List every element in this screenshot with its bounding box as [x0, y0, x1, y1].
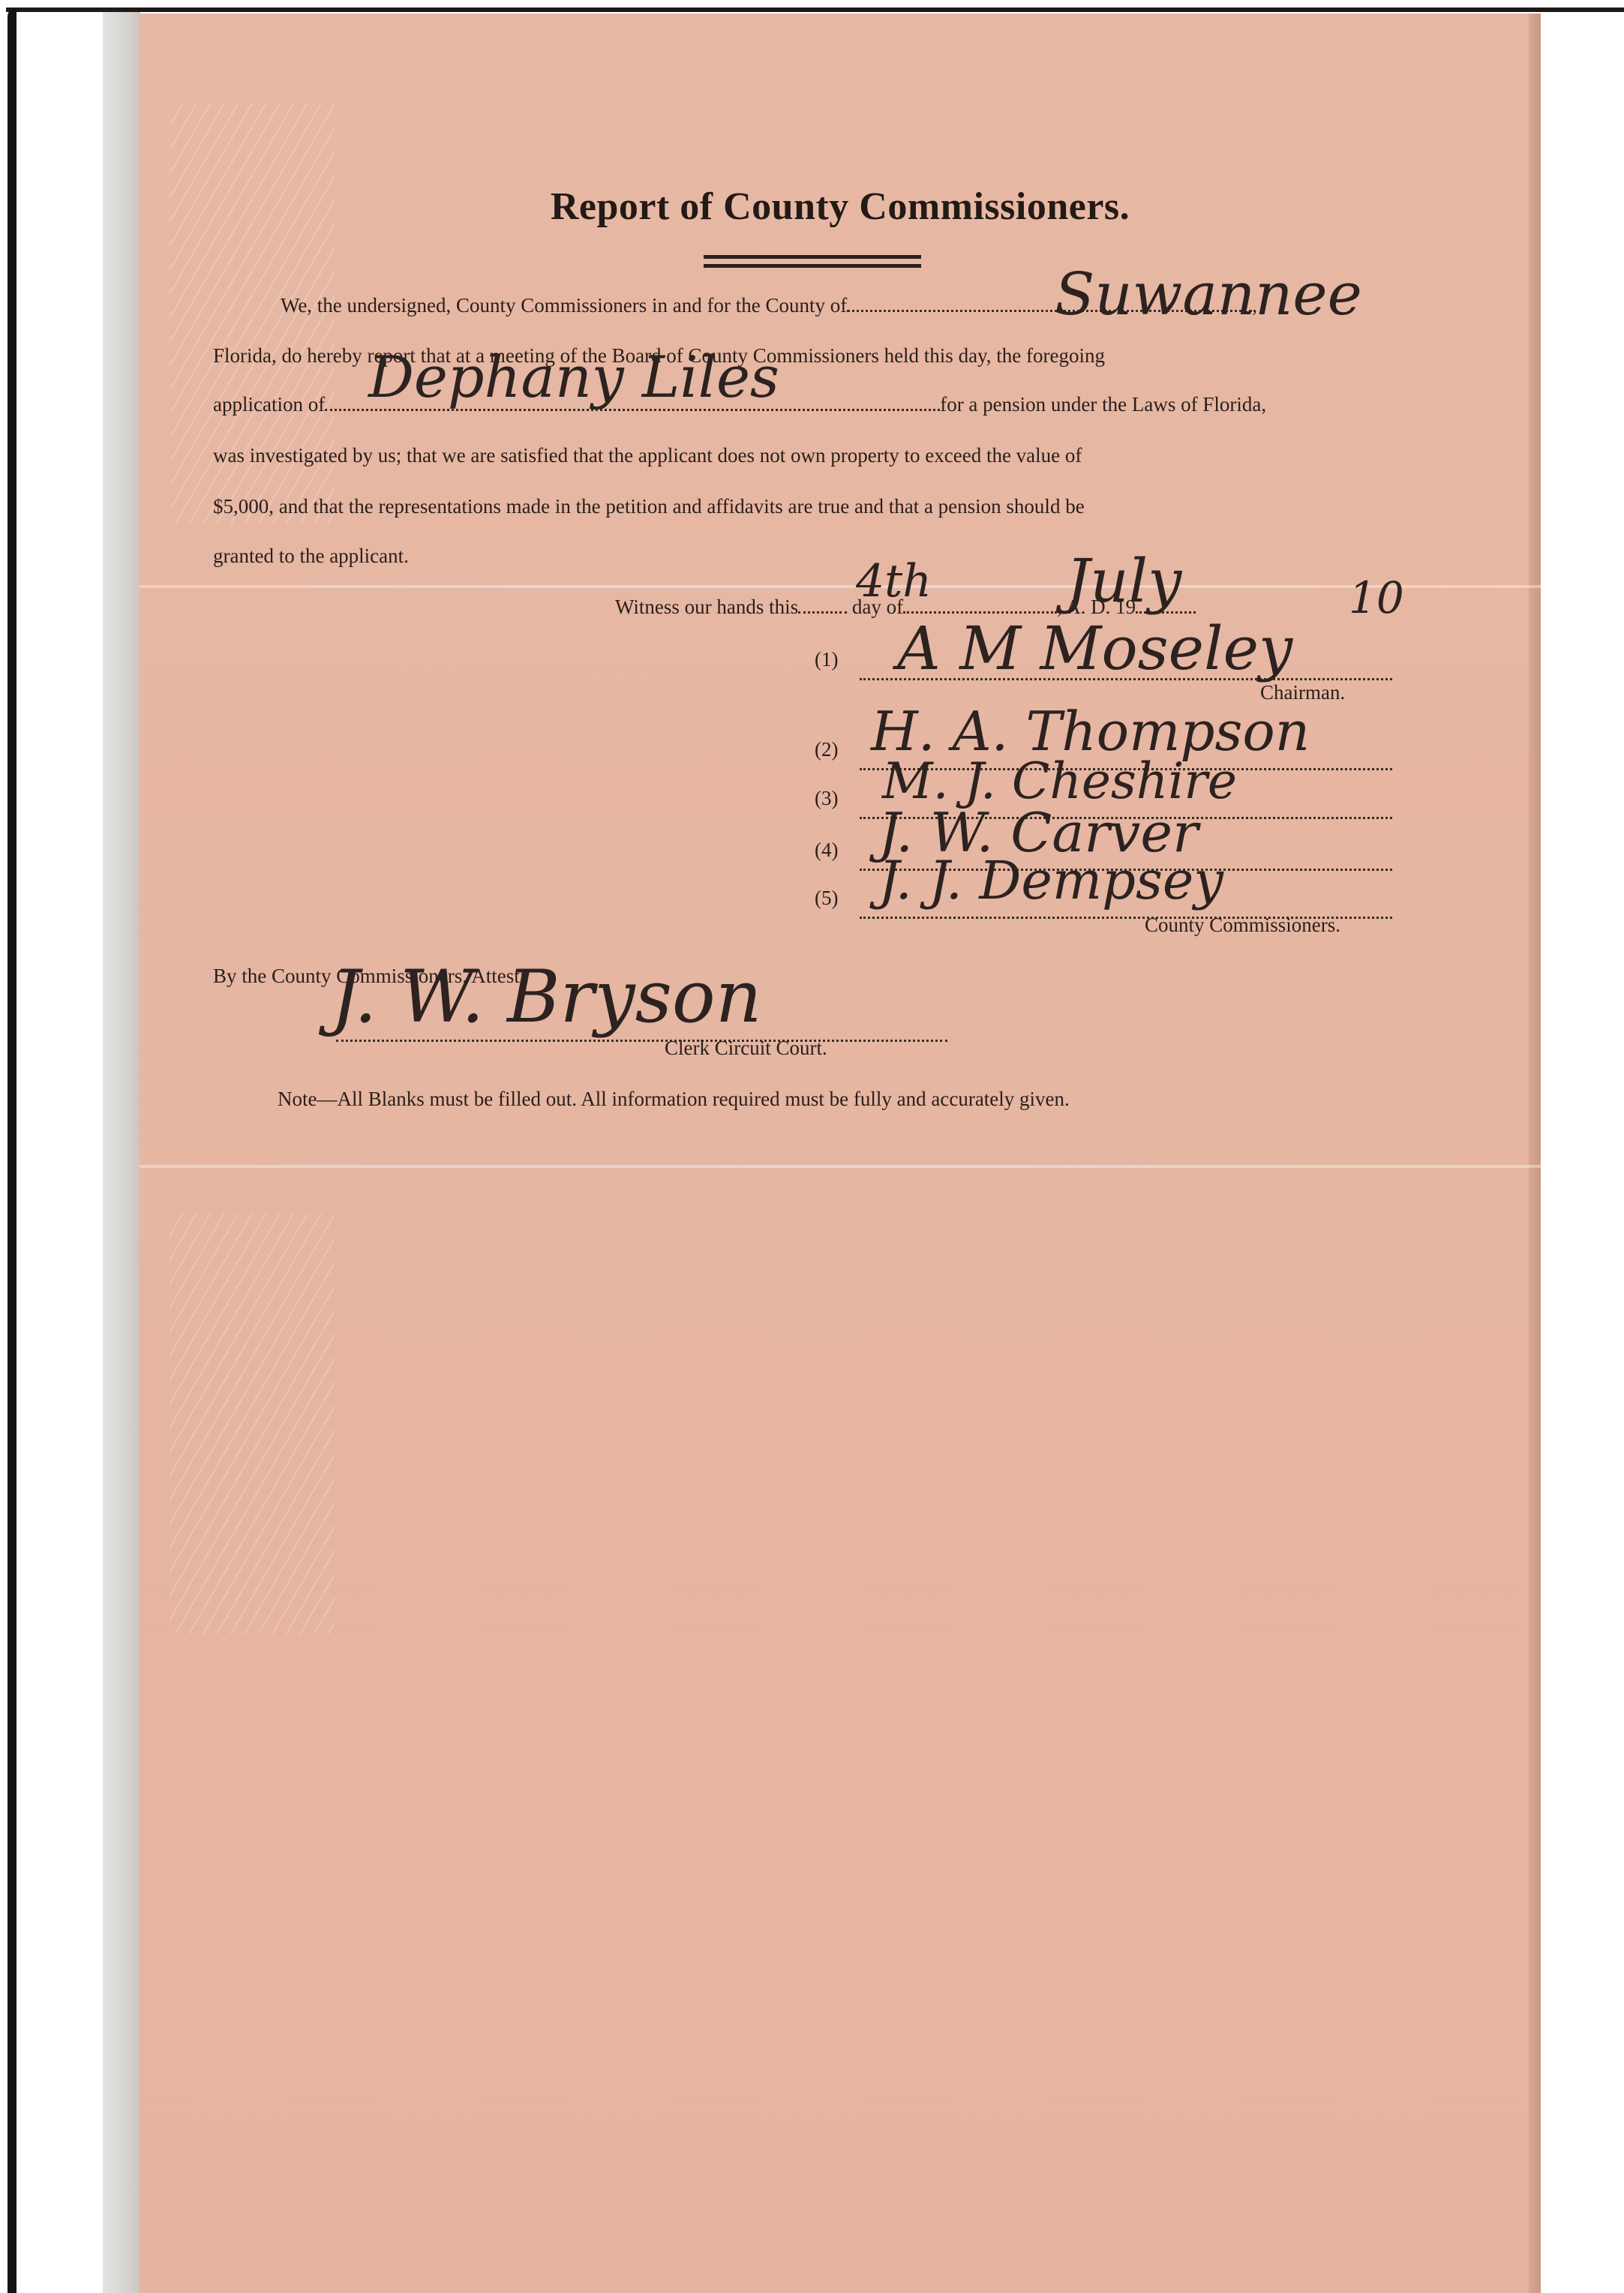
applicant-handwritten: Dephany Liles — [368, 344, 779, 410]
fold-line — [140, 1165, 1541, 1168]
day-blank — [798, 611, 847, 614]
signature-number: (5) — [815, 887, 838, 910]
county-commissioners-label: County Commissioners. — [1145, 914, 1340, 937]
paragraph-line-6: granted to the applicant. — [213, 545, 1413, 568]
paragraph-line-5: $5,000, and that the representations mad… — [213, 495, 1413, 518]
title-rule — [704, 264, 921, 268]
month-handwritten: July — [1066, 546, 1181, 616]
document-title: Report of County Commissioners. — [140, 185, 1541, 229]
note: Note—All Blanks must be filled out. All … — [278, 1088, 1070, 1111]
scan-frame-top — [6, 8, 1624, 12]
clerk-signature: J. W. Bryson — [331, 955, 762, 1039]
fold-line — [140, 585, 1541, 588]
sleeve-glare — [170, 1214, 335, 1634]
document-page: Report of County Commissioners. We, the … — [140, 14, 1541, 2293]
year-handwritten: 10 — [1349, 572, 1404, 623]
title-rule — [704, 255, 921, 259]
paragraph-line-4: was investigated by us; that we are sati… — [213, 444, 1413, 467]
clerk-signature-line — [336, 1040, 947, 1042]
county-handwritten: Suwannee — [1055, 261, 1362, 329]
plastic-sleeve-edge — [103, 12, 140, 2293]
signature-commissioner-5: J. J. Dempsey — [878, 850, 1223, 911]
signature-number: (2) — [815, 738, 838, 761]
clerk-title: Clerk Circuit Court. — [665, 1037, 827, 1060]
signature-chairman: A M Moseley — [897, 614, 1292, 683]
signature-number: (3) — [815, 787, 838, 810]
scan-frame-left — [8, 8, 17, 2293]
paper-edge — [1529, 14, 1541, 2293]
signature-number: (1) — [815, 648, 838, 671]
scan-margin — [17, 12, 103, 2293]
day-handwritten: 4th — [856, 555, 932, 608]
signature-number: (4) — [815, 839, 838, 862]
